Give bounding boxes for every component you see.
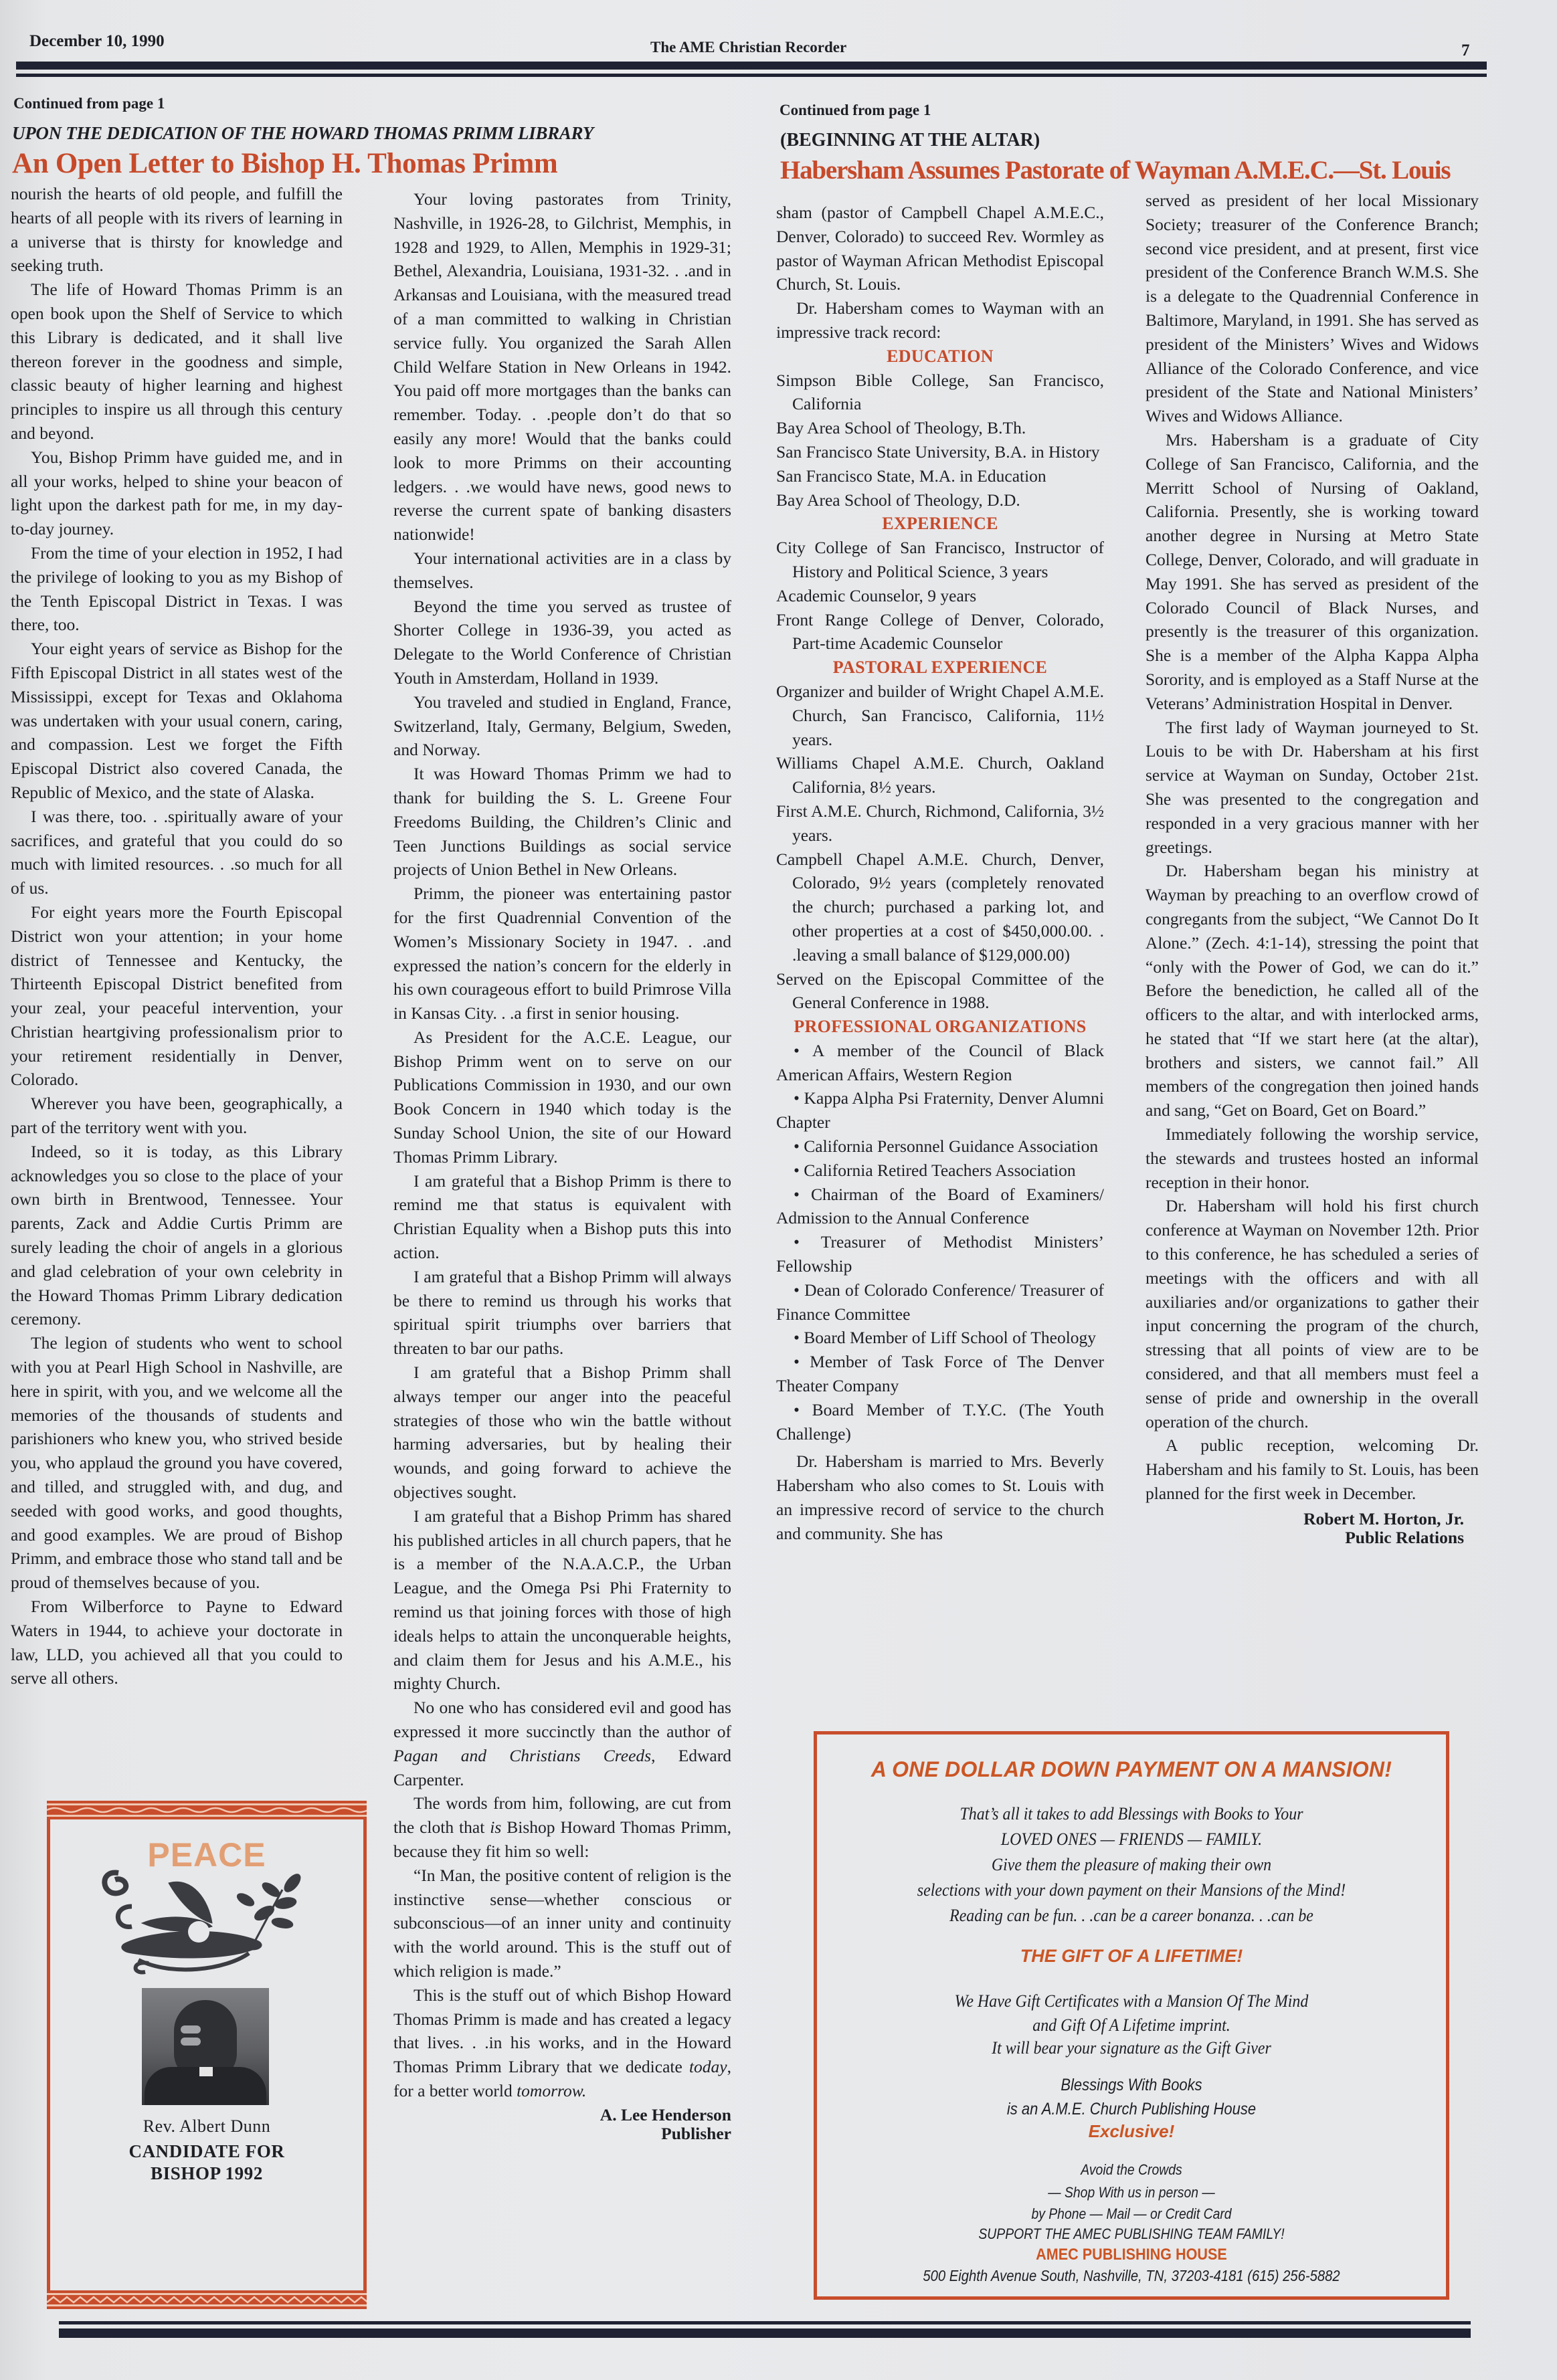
masthead-rule [16,62,1487,77]
paragraph: As President for the A.C.E. League, our … [393,1025,731,1169]
list-item: Front Range College of Denver, Colorado,… [776,608,1104,656]
ad-line: by Phone — Mail — or Credit Card [854,2205,1408,2223]
paragraph: You traveled and studied in England, Fra… [393,690,731,762]
list-item: • California Retired Teachers Associatio… [776,1159,1104,1183]
paragraph: It was Howard Thomas Primm we had to tha… [393,762,731,882]
article-left-column-2: Your loving pastorates from Trinity, Nas… [393,187,731,2143]
paragraph: sham (pastor of Campbell Chapel A.M.E.C.… [776,201,1104,296]
list-item: • Kappa Alpha Psi Fraternity, Denver Alu… [776,1086,1104,1134]
ad-headline: A ONE DOLLAR DOWN PAYMENT ON A MANSION! [817,1757,1446,1782]
publisher-name: AMEC PUBLISHING HOUSE [848,2246,1414,2264]
list-item: San Francisco State University, B.A. in … [776,440,1104,464]
paragraph: Dr. Habersham will hold his first church… [1146,1194,1479,1433]
author-name: A. Lee Henderson [393,2106,731,2124]
peace-candidate-ad: PEACE R [47,1801,367,2309]
decorative-border-top [47,1801,367,1819]
paragraph: From Wilberforce to Payne to Edward Wate… [11,1595,343,1690]
candidate-line-2: BISHOP 1992 [50,2163,363,2185]
paragraph: Mrs. Habersham is a graduate of City Col… [1146,428,1479,716]
article-headline-left: An Open Letter to Bishop H. Thomas Primm [12,147,557,180]
ad-line: LOVED ONES — FRIENDS — FAMILY. [842,1829,1421,1850]
paragraph: Wherever you have been, geographically, … [11,1092,343,1140]
paragraph: The words from him, following, are cut f… [393,1791,731,1863]
ad-line: and Gift Of A Lifetime imprint. [842,2015,1421,2036]
paragraph: nourish the hearts of old people, and fu… [11,182,343,278]
paragraph: Your eight years of service as Bishop fo… [11,637,343,805]
paragraph: Your loving pastorates from Trinity, Nas… [393,187,731,547]
paragraph: Dr. Habersham began his ministry at Waym… [1146,859,1479,1122]
publication-name: The AME Christian Recorder [650,39,846,56]
gift-heading: THE GIFT OF A LIFETIME! [817,1946,1446,1967]
paragraph: The first lady of Wayman journeyed to St… [1146,716,1479,860]
author-name: Robert M. Horton, Jr. [1146,1510,1464,1528]
list-item: First A.M.E. Church, Richmond, Californi… [776,799,1104,848]
list-item: • Board Member of Liff School of Theolog… [776,1326,1104,1350]
list-item: Simpson Bible College, San Francisco, Ca… [776,369,1104,417]
list-item: Academic Counselor, 9 years [776,584,1104,608]
paragraph: No one who has considered evil and good … [393,1696,731,1791]
list-item: • Member of Task Force of The Denver The… [776,1350,1104,1398]
paragraph: Immediately following the worship servic… [1146,1122,1479,1194]
section-heading-pastoral-experience: PASTORAL EXPERIENCE [776,656,1104,680]
section-heading-education: EDUCATION [776,344,1104,369]
list-item: Bay Area School of Theology, B.Th. [776,416,1104,440]
page-number: 7 [1461,41,1470,60]
list-item: Campbell Chapel A.M.E. Church, Denver, C… [776,848,1104,967]
paragraph: The legion of students who went to schoo… [11,1331,343,1595]
continued-label-right: Continued from page 1 [780,102,931,119]
list-item: • Board Member of T.Y.C. (The Youth Chal… [776,1398,1104,1446]
paragraph: From the time of your election in 1952, … [11,541,343,637]
candidate-line-1: CANDIDATE FOR [50,2141,363,2163]
paragraph: A public reception, welcoming Dr. Habers… [1146,1433,1479,1505]
issue-date: December 10, 1990 [29,32,165,51]
list-item: • A member of the Council of Black Ameri… [776,1039,1104,1087]
paragraph: I am grateful that a Bishop Primm shall … [393,1361,731,1504]
paragraph: I am grateful that a Bishop Primm is the… [393,1169,731,1265]
paragraph: Dr. Habersham comes to Wayman with an im… [776,296,1104,344]
paragraph: Your international activities are in a c… [393,547,731,595]
candidate-photo [142,1988,269,2105]
list-item: Organizer and builder of Wright Chapel A… [776,680,1104,751]
article-kicker-left: UPON THE DEDICATION OF THE HOWARD THOMAS… [12,123,593,144]
article-right-column-1: sham (pastor of Campbell Chapel A.M.E.C.… [776,201,1104,1546]
ad-line: Avoid the Crowds [854,2161,1408,2179]
amec-publishing-house-ad: A ONE DOLLAR DOWN PAYMENT ON A MANSION! … [814,1731,1449,2300]
paragraph: Indeed, so it is today, as this Library … [11,1140,343,1331]
list-item: • Dean of Colorado Conference/ Treasurer… [776,1278,1104,1326]
ad-line: — Shop With us in person — [854,2184,1408,2201]
candidate-title: CANDIDATE FOR BISHOP 1992 [50,2141,363,2185]
decorative-border-bottom [47,2290,367,2309]
list-item: • Chairman of the Board of Examiners/ Ad… [776,1183,1104,1231]
section-heading-experience: EXPERIENCE [776,512,1104,536]
byline-left: A. Lee Henderson Publisher [393,2106,731,2143]
paragraph: I am grateful that a Bishop Primm will a… [393,1265,731,1361]
ad-line: Blessings With Books [854,2076,1408,2095]
continued-label-left: Continued from page 1 [13,95,165,112]
ad-line: That’s all it takes to add Blessings wit… [842,1804,1421,1824]
article-right-column-2: served as president of her local Mission… [1146,189,1479,1547]
list-item: Williams Chapel A.M.E. Church, Oakland C… [776,751,1104,799]
list-item: City College of San Francisco, Instructo… [776,536,1104,584]
ad-line: SUPPORT THE AMEC PUBLISHING TEAM FAMILY! [854,2225,1408,2243]
paragraph: For eight years more the Fourth Episcopa… [11,900,343,1092]
exclusive-label: Exclusive! [817,2121,1446,2142]
candidate-name: Rev. Albert Dunn [50,2116,363,2137]
footer-rule [59,2321,1471,2338]
byline-right: Robert M. Horton, Jr. Public Relations [1146,1510,1479,1547]
paragraph: The life of Howard Thomas Primm is an op… [11,278,343,445]
dove-with-olive-branch-icon [92,1860,319,1983]
article-headline-right: Habersham Assumes Pastorate of Wayman A.… [780,155,1450,185]
ad-line: Give them the pleasure of making their o… [842,1855,1421,1875]
section-heading-professional-organizations: PROFESSIONAL ORGANIZATIONS [776,1015,1104,1039]
paragraph: Primm, the pioneer was entertaining past… [393,882,731,1025]
list-item: San Francisco State, M.A. in Education [776,464,1104,488]
paragraph: Dr. Habersham is married to Mrs. Beverly… [776,1450,1104,1545]
ad-line: It will bear your signature as the Gift … [842,2038,1421,2058]
list-item: • Treasurer of Methodist Ministers’ Fell… [776,1230,1104,1278]
ad-line: Reading can be fun. . .can be a career b… [842,1906,1421,1926]
list-item: Bay Area School of Theology, D.D. [776,488,1104,512]
paragraph: This is the stuff out of which Bishop Ho… [393,1983,731,2103]
article-left-column-1: nourish the hearts of old people, and fu… [11,182,343,1690]
quotation: “In Man, the positive content of religio… [393,1864,731,1983]
article-kicker-right: (BEGINNING AT THE ALTAR) [780,130,1040,151]
author-title: Public Relations [1146,1528,1464,1547]
book-title: Pagan and Christians Creeds [393,1746,651,1765]
list-item: Served on the Episcopal Committee of the… [776,967,1104,1015]
paragraph: You, Bishop Primm have guided me, and in… [11,445,343,541]
paragraph: Beyond the time you served as trustee of… [393,595,731,690]
list-item: • California Personnel Guidance Associat… [776,1134,1104,1159]
ad-line: selections with your down payment on the… [842,1880,1421,1900]
paragraph: I am grateful that a Bishop Primm has sh… [393,1504,731,1696]
publisher-address: 500 Eighth Avenue South, Nashville, TN, … [854,2267,1408,2285]
ad-line: We Have Gift Certificates with a Mansion… [842,1991,1421,2011]
paragraph: served as president of her local Mission… [1146,189,1479,428]
author-title: Publisher [393,2124,731,2143]
ad-line: is an A.M.E. Church Publishing House [854,2100,1408,2119]
paragraph: I was there, too. . .spiritually aware o… [11,805,343,900]
